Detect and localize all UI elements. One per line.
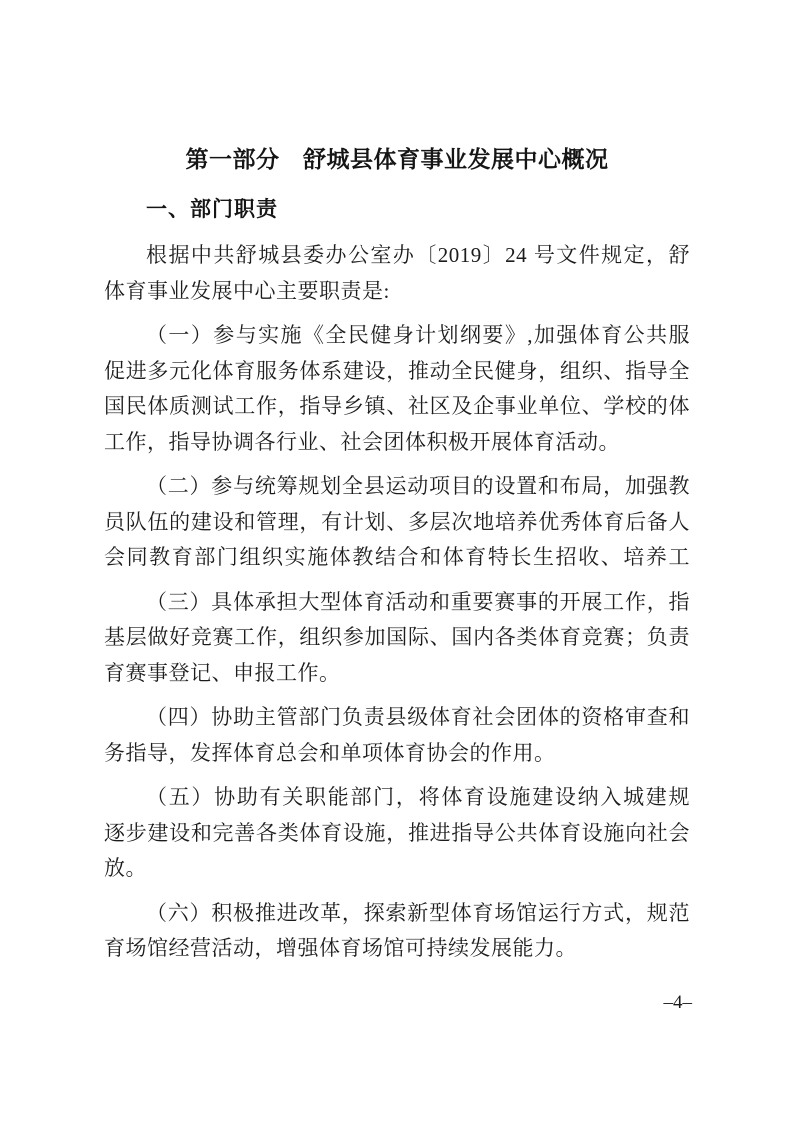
page-number: –4– [664,992,693,1014]
paragraph-line: （二）参与统筹规划全县运动项目的设置和布局，加强教练 [104,469,690,505]
paragraph: （一）参与实施《全民健身计划纲要》,加强体育公共服务，促进多元化体育服务体系建设… [104,318,690,460]
paragraph-line: 体育事业发展中心主要职责是: [104,274,690,310]
section-heading: 一、部门职责 [104,195,690,225]
document-page: 第一部分 舒城县体育事业发展中心概况 一、部门职责 根据中共舒城县委办公室办〔2… [0,0,793,1122]
paragraph-line: 促进多元化体育服务体系建设，推动全民健身，组织、指导全县 [104,354,690,390]
paragraph-line: 育场馆经营活动，增强体育场馆可持续发展能力。 [104,931,690,967]
paragraph-line: （一）参与实施《全民健身计划纲要》,加强体育公共服务， [104,318,690,354]
paragraph: （四）协助主管部门负责县级体育社会团体的资格审查和业务指导，发挥体育总会和单项体… [104,700,690,771]
paragraph-line: 育赛事登记、申报工作。 [104,656,690,692]
paragraph: （五）协助有关职能部门，将体育设施建设纳入城建规划，逐步建设和完善各类体育设施，… [104,780,690,887]
paragraph-line: （三）具体承担大型体育活动和重要赛事的开展工作，指导 [104,585,690,621]
paragraph-line: 工作，指导协调各行业、社会团体积极开展体育活动。 [104,425,690,461]
paragraph: （二）参与统筹规划全县运动项目的设置和布局，加强教练员队伍的建设和管理，有计划、… [104,469,690,576]
document-content: 第一部分 舒城县体育事业发展中心概况 一、部门职责 根据中共舒城县委办公室办〔2… [104,143,690,967]
paragraph: （六）积极推进改革，探索新型体育场馆运行方式，规范体育场馆经营活动，增强体育场馆… [104,896,690,967]
paragraph-line: 放。 [104,851,690,887]
paragraphs: 根据中共舒城县委办公室办〔2019〕24 号文件规定，舒城县体育事业发展中心主要… [104,238,690,967]
paragraph-line: 会同教育部门组织实施体教结合和体育特长生招收、培养工作。 [104,540,690,576]
paragraph-line: （四）协助主管部门负责县级体育社会团体的资格审查和业 [104,700,690,736]
paragraph-line: 务指导，发挥体育总会和单项体育协会的作用。 [104,736,690,772]
paragraph-line: 逐步建设和完善各类体育设施，推进指导公共体育设施向社会开 [104,816,690,852]
paragraph-line: 基层做好竞赛工作，组织参加国际、国内各类体育竞赛；负责体 [104,620,690,656]
paragraph-line: 员队伍的建设和管理，有计划、多层次地培养优秀体育后备人才， [104,505,690,541]
paragraph-line: （六）积极推进改革，探索新型体育场馆运行方式，规范体 [104,896,690,932]
paragraph-line: （五）协助有关职能部门，将体育设施建设纳入城建规划， [104,780,690,816]
paragraph: 根据中共舒城县委办公室办〔2019〕24 号文件规定，舒城县体育事业发展中心主要… [104,238,690,309]
paragraph-line: 国民体质测试工作，指导乡镇、社区及企事业单位、学校的体育 [104,389,690,425]
paragraph-line: 根据中共舒城县委办公室办〔2019〕24 号文件规定，舒城县 [104,238,690,274]
document-title: 第一部分 舒城县体育事业发展中心概况 [104,143,690,175]
paragraph: （三）具体承担大型体育活动和重要赛事的开展工作，指导基层做好竞赛工作，组织参加国… [104,585,690,692]
